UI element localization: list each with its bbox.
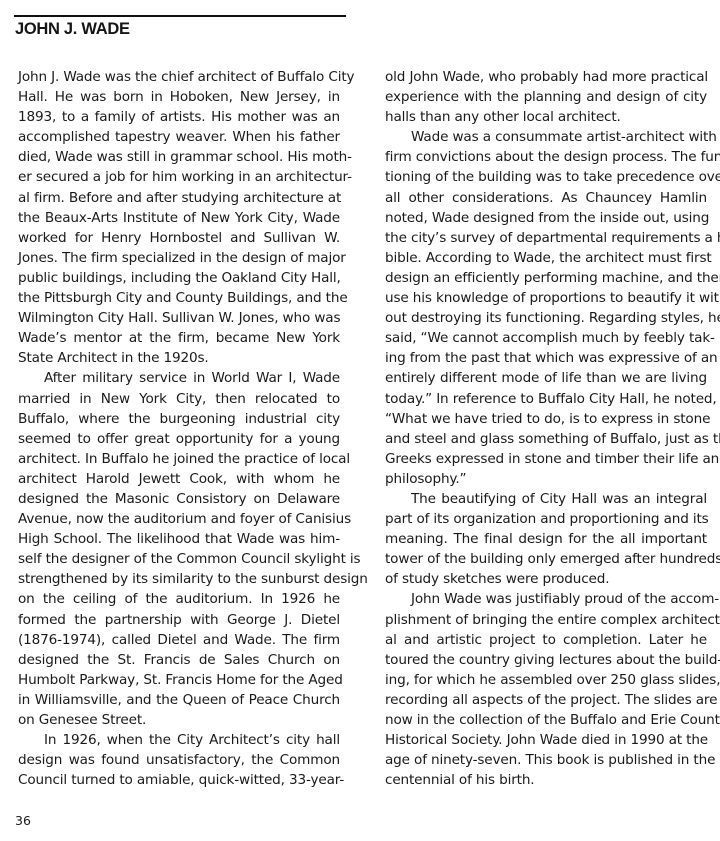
text-line: al and artistic project to completion. L…	[385, 630, 707, 650]
text-line: noted, Wade designed from the inside out…	[385, 208, 707, 228]
text-line: Avenue, now the auditorium and foyer of …	[18, 509, 340, 529]
text-line: meaning. The final design for the all im…	[385, 529, 707, 549]
text-line: Humbolt Parkway, St. Francis Home for th…	[18, 670, 340, 690]
text-line: Historical Society. John Wade died in 19…	[385, 730, 707, 750]
text-line: ing from the past that which was express…	[385, 348, 707, 368]
text-line: strengthened by its similarity to the su…	[18, 569, 340, 589]
text-line: of study sketches were produced.	[385, 569, 707, 589]
page-title: JOHN J. WADE	[15, 20, 130, 39]
text-line: part of its organization and proportioni…	[385, 509, 707, 529]
heading-rule	[14, 15, 346, 17]
text-line: al firm. Before and after studying archi…	[18, 188, 340, 208]
text-line: plishment of bringing the entire complex…	[385, 610, 707, 630]
text-line: High School. The likelihood that Wade wa…	[18, 529, 340, 549]
text-line: (1876-1974), called Dietel and Wade. The…	[18, 630, 340, 650]
text-line: design an efficiently performing machine…	[385, 268, 707, 288]
text-line: er secured a job for him working in an a…	[18, 167, 340, 187]
text-line: John Wade was justifiably proud of the a…	[385, 589, 707, 609]
text-line: designed the Masonic Consistory on Delaw…	[18, 489, 340, 509]
text-line: Council turned to amiable, quick-witted,…	[18, 770, 340, 790]
text-line: entirely different mode of life than we …	[385, 368, 707, 388]
text-line: public buildings, including the Oakland …	[18, 268, 340, 288]
text-line: formed the partnership with George J. Di…	[18, 610, 340, 630]
text-line: ing, for which he assembled over 250 gla…	[385, 670, 707, 690]
text-line: architect Harold Jewett Cook, with whom …	[18, 469, 340, 489]
text-line: accomplished tapestry weaver. When his f…	[18, 127, 340, 147]
text-line: Jones. The firm specialized in the desig…	[18, 248, 340, 268]
text-line: self the designer of the Common Council …	[18, 549, 340, 569]
text-line: the Pittsburgh City and County Buildings…	[18, 288, 340, 308]
text-line: philosophy.”	[385, 469, 707, 489]
text-line: Hall. He was born in Hoboken, New Jersey…	[18, 87, 340, 107]
text-line: toured the country giving lectures about…	[385, 650, 707, 670]
text-line: Wade was a consummate artist-architect w…	[385, 127, 707, 147]
text-line: Wilmington City Hall. Sullivan W. Jones,…	[18, 308, 340, 328]
text-line: all other considerations. As Chauncey Ha…	[385, 188, 707, 208]
text-line: recording all aspects of the project. Th…	[385, 690, 707, 710]
text-line: State Architect in the 1920s.	[18, 348, 340, 368]
text-line: in Williamsville, and the Queen of Peace…	[18, 690, 340, 710]
text-line: The beautifying of City Hall was an inte…	[385, 489, 707, 509]
left-text-column: John J. Wade was the chief architect of …	[18, 67, 340, 790]
text-line: bible. According to Wade, the architect …	[385, 248, 707, 268]
page-number: 36	[15, 813, 31, 828]
text-line: married in New York City, then relocated…	[18, 389, 340, 409]
text-line: age of ninety-seven. This book is publis…	[385, 750, 707, 770]
text-line: experience with the planning and design …	[385, 87, 707, 107]
text-line: worked for Henry Hornbostel and Sullivan…	[18, 228, 340, 248]
text-line: tower of the building only emerged after…	[385, 549, 707, 569]
text-line: old John Wade, who probably had more pra…	[385, 67, 707, 87]
text-line: designed the St. Francis de Sales Church…	[18, 650, 340, 670]
text-line: use his knowledge of proportions to beau…	[385, 288, 707, 308]
text-line: the Beaux-Arts Institute of New York Cit…	[18, 208, 340, 228]
text-line: tioning of the building was to take prec…	[385, 167, 707, 187]
text-line: centennial of his birth.	[385, 770, 707, 790]
text-line: Buffalo, where the burgeoning industrial…	[18, 409, 340, 429]
text-line: died, Wade was still in grammar school. …	[18, 147, 340, 167]
text-line: the city’s survey of departmental requir…	[385, 228, 707, 248]
text-line: today.” In reference to Buffalo City Hal…	[385, 389, 707, 409]
text-line: architect. In Buffalo he joined the prac…	[18, 449, 340, 469]
text-line: now in the collection of the Buffalo and…	[385, 710, 707, 730]
text-line: design was found unsatisfactory, the Com…	[18, 750, 340, 770]
text-line: In 1926, when the City Architect’s city …	[18, 730, 340, 750]
right-text-column: old John Wade, who probably had more pra…	[385, 67, 707, 790]
text-line: said, “We cannot accomplish much by feeb…	[385, 328, 707, 348]
text-line: After military service in World War I, W…	[18, 368, 340, 388]
text-line: seemed to offer great opportunity for a …	[18, 429, 340, 449]
text-line: on Genesee Street.	[18, 710, 340, 730]
text-line: halls than any other local architect.	[385, 107, 707, 127]
text-line: 1893, to a family of artists. His mother…	[18, 107, 340, 127]
text-line: Wade’s mentor at the firm, became New Yo…	[18, 328, 340, 348]
text-line: Greeks expressed in stone and timber the…	[385, 449, 707, 469]
text-line: out destroying its functioning. Regardin…	[385, 308, 707, 328]
text-line: John J. Wade was the chief architect of …	[18, 67, 340, 87]
text-line: on the ceiling of the auditorium. In 192…	[18, 589, 340, 609]
text-line: “What we have tried to do, is to express…	[385, 409, 707, 429]
text-line: and steel and glass something of Buffalo…	[385, 429, 707, 449]
text-line: firm convictions about the design proces…	[385, 147, 707, 167]
